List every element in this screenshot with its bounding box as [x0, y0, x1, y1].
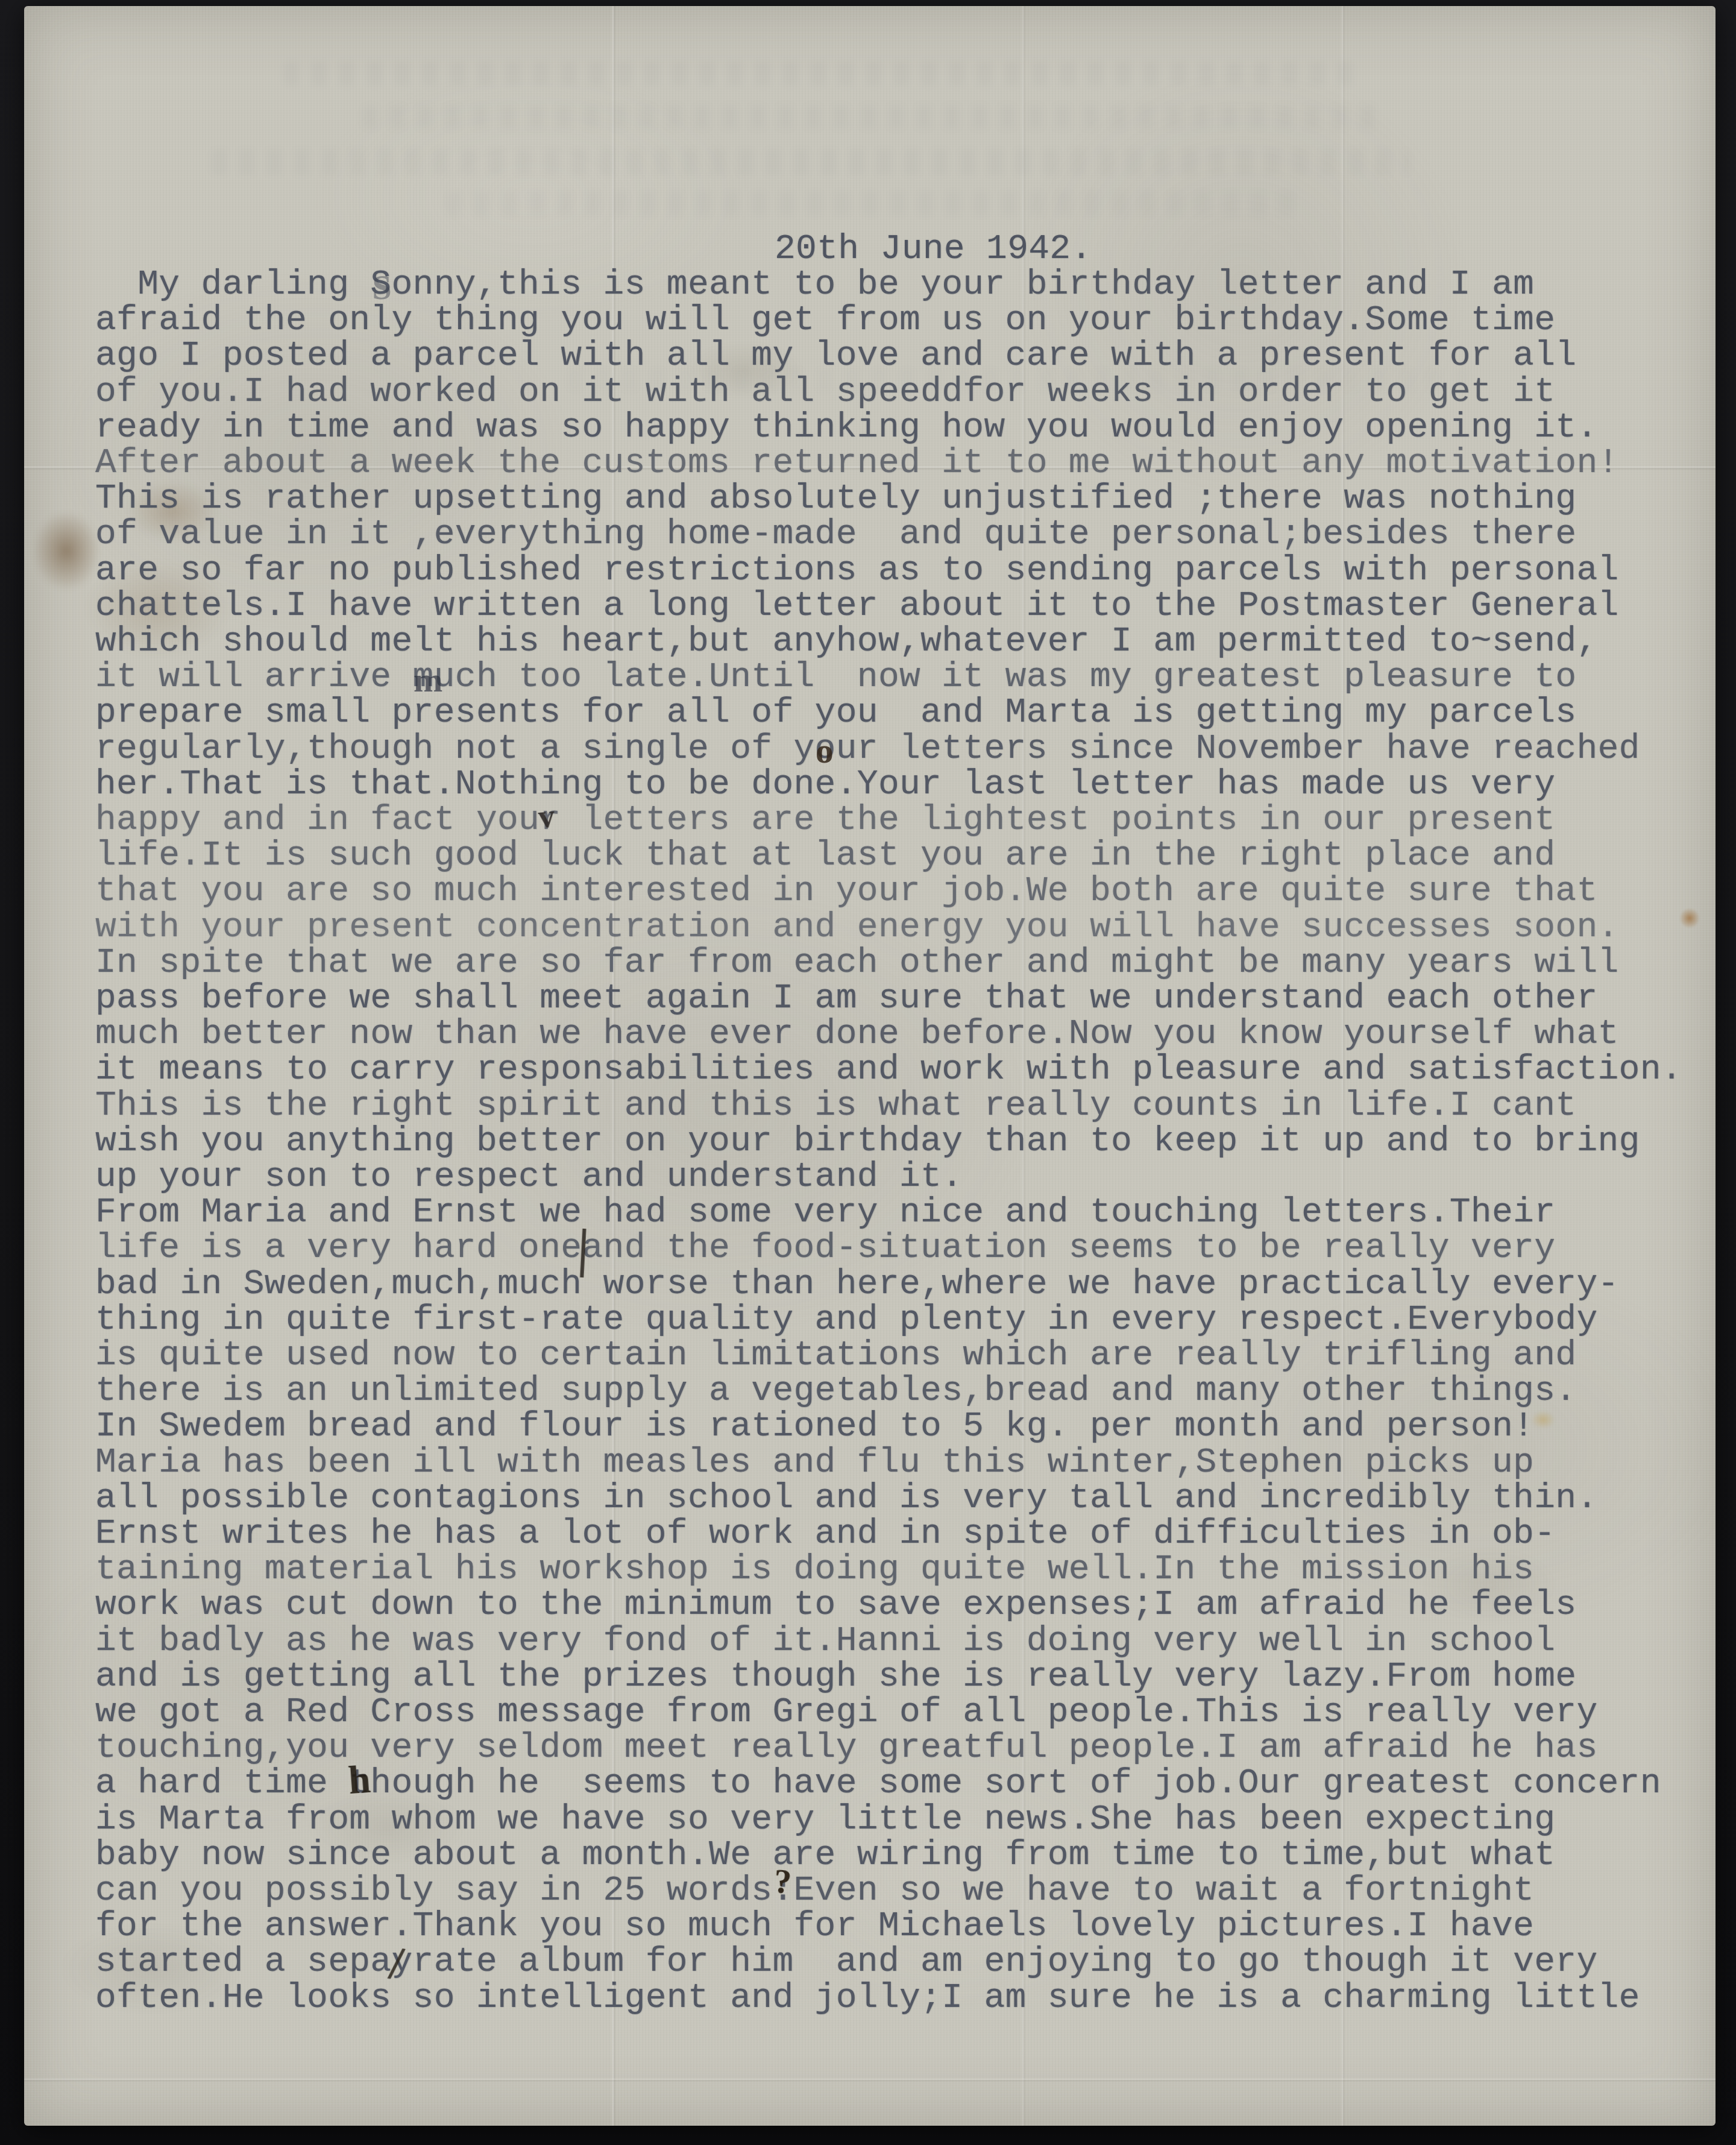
letter-line: In spite that we are so far from each ot… — [95, 945, 1619, 981]
letter-line: for the answer.Thank you so much for Mic… — [95, 1909, 1534, 1944]
letter-line: we got a Red Cross message from Gregi of… — [95, 1695, 1598, 1730]
scanned-letter-photo: 20th June 1942. My darling Sonny,this is… — [0, 0, 1736, 2145]
letter-line: with your present concentration and ener… — [95, 910, 1619, 945]
letter-line: much better now than we have ever done b… — [95, 1016, 1619, 1052]
letter-line: After about a week the customs returned … — [95, 446, 1619, 481]
letter-line: happy and in fact your letters are the l… — [95, 802, 1555, 838]
letter-line: of value in it ,everything home-made and… — [95, 517, 1576, 552]
letter-line: thing in quite first-rate quality and pl… — [95, 1302, 1598, 1338]
letter-date: 20th June 1942. — [775, 232, 1092, 267]
letter-line: bad in Sweden,much,much worse than here,… — [95, 1267, 1619, 1302]
letter-page: 20th June 1942. My darling Sonny,this is… — [24, 6, 1716, 2126]
letter-line: which should melt his heart,but anyhow,w… — [95, 624, 1598, 660]
letter-line: Maria has been ill with measles and flu … — [95, 1445, 1534, 1481]
letter-line: it badly as he was very fond of it.Hanni… — [95, 1624, 1555, 1659]
letter-line: regularly,though not a single of your le… — [95, 731, 1640, 767]
letter-line: a hard time though he seems to have some… — [95, 1766, 1661, 1801]
letter-line: taining material his workshop is doing q… — [95, 1552, 1534, 1587]
letter-line: that you are so much interested in your … — [95, 874, 1598, 909]
letter-line: wish you anything better on your birthda… — [95, 1124, 1640, 1159]
letter-line: of you.I had worked on it with all speed… — [95, 374, 1555, 410]
letter-line: there is an unlimited supply a vegetable… — [95, 1373, 1576, 1409]
letter-line: pass before we shall meet again I am sur… — [95, 981, 1598, 1016]
letter-line: is Marta from whom we have so very littl… — [95, 1802, 1555, 1838]
letter-line: My darling Sonny,this is meant to be you… — [95, 267, 1534, 303]
letter-line: touching,you very seldom meet really gre… — [95, 1730, 1598, 1766]
letter-line: This is the right spirit and this is wha… — [95, 1088, 1576, 1124]
letter-line: up your son to respect and understand it… — [95, 1159, 963, 1195]
letter-line: is quite used now to certain limitations… — [95, 1338, 1576, 1373]
letter-line: life is a very hard oneand the food-situ… — [95, 1230, 1555, 1266]
letter-line: afraid the only thing you will get from … — [95, 303, 1555, 338]
letter-line: baby now since about a month.We are wiri… — [95, 1838, 1555, 1873]
letter-line: and is getting all the prizes though she… — [95, 1659, 1576, 1695]
letter-line: it will arrive much too late.Until now i… — [95, 660, 1576, 695]
letter-line: prepare small presents for all of you an… — [95, 695, 1576, 731]
letter-line: In Swedem bread and flour is rationed to… — [95, 1409, 1534, 1444]
letter-body: 20th June 1942. My darling Sonny,this is… — [24, 6, 1716, 2126]
letter-line: are so far no published restrictions as … — [95, 553, 1619, 588]
letter-line: ago I posted a parcel with all my love a… — [95, 338, 1576, 374]
letter-line: chattels.I have written a long letter ab… — [95, 588, 1619, 624]
letter-line: it means to carry responsabilities and w… — [95, 1052, 1682, 1088]
letter-line: ready in time and was so happy thinking … — [95, 410, 1598, 446]
letter-line: From Maria and Ernst we had some very ni… — [95, 1195, 1555, 1230]
letter-line: often.He looks so intelligent and jolly;… — [95, 1980, 1640, 2016]
letter-line: Ernst writes he has a lot of work and in… — [95, 1516, 1555, 1552]
letter-line: all possible contagions in school and is… — [95, 1481, 1598, 1516]
letter-line: life.It is such good luck that at last y… — [95, 838, 1555, 874]
letter-line: work was cut down to the minimum to save… — [95, 1587, 1576, 1623]
letter-line: can you possibly say in 25 words:Even so… — [95, 1873, 1534, 1909]
letter-line: This is rather upsetting and absolutely … — [95, 481, 1576, 517]
letter-line: started a sepayrate album for him and am… — [95, 1944, 1598, 1980]
letter-line: her.That is that.Nothing to be done.Your… — [95, 767, 1555, 802]
